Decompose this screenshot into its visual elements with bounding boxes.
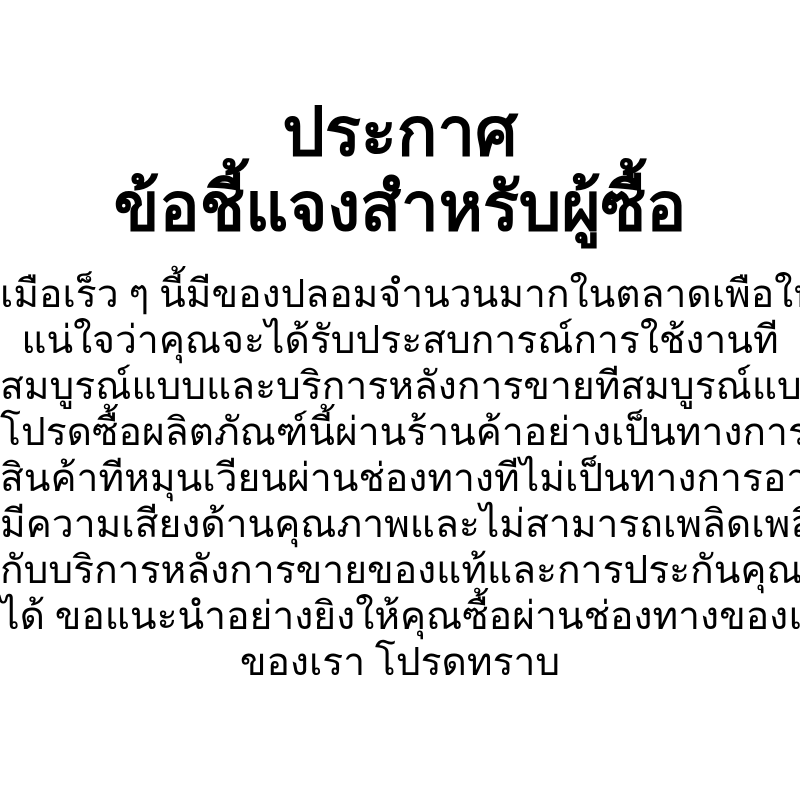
body-line-2: แน่ใจว่าคุณจะได้รับประสบการณ์การใช้งานที [0, 318, 800, 364]
body-line-3: สมบูรณ์แบบและบริการหลังการขายทีสมบูรณ์แบ… [0, 364, 800, 410]
body-line-6: มีความเสียงด้านคุณภาพและไม่สามารถเพลิดเพ… [0, 502, 800, 548]
body-line-8: ได้ ขอแนะนำอย่างยิงให้คุณซื้อผ่านช่องทาง… [0, 594, 800, 640]
notice-page: ประกาศ ข้อชี้แจงสำหรับผู้ซื้อ เมือเร็ว ๆ… [0, 0, 800, 800]
notice-title: ประกาศ ข้อชี้แจงสำหรับผู้ซื้อ [0, 96, 800, 246]
title-line-clarification-for-buyers: ข้อชี้แจงสำหรับผู้ซื้อ [0, 171, 800, 246]
notice-body: เมือเร็ว ๆ นี้มีของปลอมจำนวนมากในตลาดเพื… [0, 272, 800, 686]
body-line-5: สินค้าทีหมุนเวียนผ่านช่องทางทีไม่เป็นทาง… [0, 456, 800, 502]
body-line-9: ของเรา โปรดทราบ [0, 640, 800, 686]
body-line-1: เมือเร็ว ๆ นี้มีของปลอมจำนวนมากในตลาดเพื… [0, 272, 800, 318]
title-line-announcement: ประกาศ [0, 96, 800, 171]
body-line-4: โปรดซื้อผลิตภัณฑ์นี้ผ่านร้านค้าอย่างเป็น… [0, 410, 800, 456]
body-line-7: กับบริการหลังการขายของแท้และการประกันคุณ… [0, 548, 800, 594]
